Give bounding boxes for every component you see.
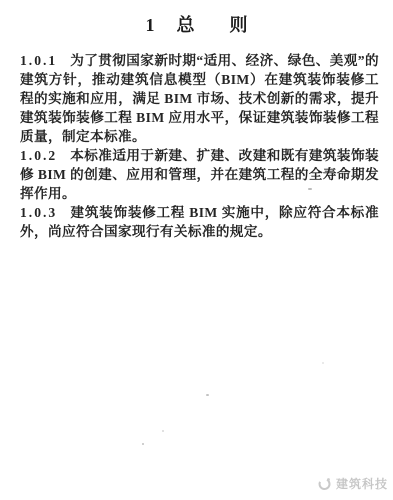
document-body: 1.0.1为了贯彻国家新时期“适用、经济、绿色、美观”的建筑方针，推动建筑信息模…	[20, 51, 379, 241]
logo-swirl-icon	[317, 476, 332, 491]
scan-speck	[162, 430, 164, 432]
watermark-label: 建筑科技	[336, 475, 388, 492]
chapter-title-text: 总则	[177, 11, 283, 37]
clause-text: 为了贯彻国家新时期“适用、经济、绿色、美观”的建筑方针，推动建筑信息模型（BIM…	[20, 53, 379, 144]
clause-1-0-2: 1.0.2本标准适用于新建、扩建、改建和既有建筑装饰装修 BIM 的创建、应用和…	[20, 146, 379, 203]
clause-number: 1.0.3	[20, 205, 57, 220]
page-title: 1 总则	[0, 11, 393, 37]
scan-speck	[142, 443, 144, 445]
clause-text: 建筑装饰装修工程 BIM 实施中，除应符合本标准外，尚应符合国家现行有关标准的规…	[20, 205, 379, 239]
scan-speck	[322, 362, 324, 364]
clause-number: 1.0.1	[20, 53, 57, 68]
scan-speck	[206, 394, 209, 396]
document-page: 1 总则 1.0.1为了贯彻国家新时期“适用、经济、绿色、美观”的建筑方针，推动…	[0, 0, 393, 500]
clause-number: 1.0.2	[20, 148, 57, 163]
clause-1-0-3: 1.0.3建筑装饰装修工程 BIM 实施中，除应符合本标准外，尚应符合国家现行有…	[20, 203, 379, 241]
chapter-number: 1	[146, 15, 155, 36]
clause-text: 本标准适用于新建、扩建、改建和既有建筑装饰装修 BIM 的创建、应用和管理，并在…	[20, 148, 379, 201]
clause-1-0-1: 1.0.1为了贯彻国家新时期“适用、经济、绿色、美观”的建筑方针，推动建筑信息模…	[20, 51, 379, 146]
scan-speck	[308, 188, 312, 190]
watermark: 建筑科技	[317, 475, 388, 492]
